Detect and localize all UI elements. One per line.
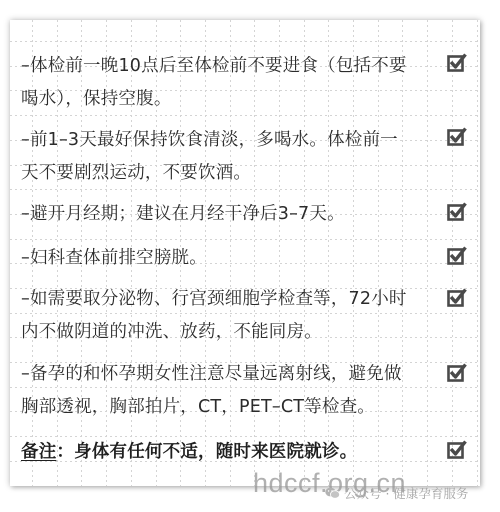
- wechat-icon: [325, 487, 340, 499]
- checked-checkbox-icon[interactable]: [447, 53, 467, 73]
- item-line: –如需要取分泌物、行宫颈细胞学检查等，72小时: [21, 283, 439, 316]
- item-line: –避开月经期；建议在月经干净后3–7天。: [21, 198, 439, 231]
- grid-line: [10, 239, 480, 240]
- checked-checkbox-icon[interactable]: [447, 127, 467, 147]
- item-line: 喝水），保持空腹。: [21, 83, 439, 116]
- checked-checkbox-icon[interactable]: [447, 246, 467, 266]
- checklist-card: –体检前一晚10点后至体检前不要进食（包括不要 喝水），保持空腹。 –前1–3天…: [10, 20, 480, 486]
- checklist-item-menstruation: –避开月经期；建议在月经干净后3–7天。: [21, 198, 439, 231]
- checked-checkbox-icon[interactable]: [447, 288, 467, 308]
- grid-line: [10, 41, 480, 42]
- item-line: –体检前一晚10点后至体检前不要进食（包括不要: [21, 50, 439, 83]
- item-line: –前1–3天最好保持饮食清淡，多喝水。体检前一: [21, 124, 439, 157]
- item-line: 内不做阴道的冲洗、放药，不能同房。: [21, 316, 439, 349]
- checklist-item-diet: –前1–3天最好保持饮食清淡，多喝水。体检前一 天不要剧烈运动，不要饮酒。: [21, 124, 439, 190]
- wechat-watermark: 公众号 · 健康孕育服务: [325, 484, 468, 502]
- checklist-item-fasting: –体检前一晚10点后至体检前不要进食（包括不要 喝水），保持空腹。: [21, 50, 439, 116]
- note-text: 身体有任何不适，随时来医院就诊。: [74, 442, 357, 462]
- checked-checkbox-icon[interactable]: [447, 202, 467, 222]
- wechat-account-text: 公众号 · 健康孕育服务: [344, 484, 468, 502]
- checked-checkbox-icon[interactable]: [447, 363, 467, 383]
- checked-checkbox-icon[interactable]: [447, 440, 467, 460]
- checklist-item-radiation: –备孕的和怀孕期女性注意尽量远离射线，避免做 胸部透视，胸部拍片，CT，PET–…: [21, 358, 439, 424]
- checklist-item-cervical-exam: –如需要取分泌物、行宫颈细胞学检查等，72小时 内不做阴道的冲洗、放药，不能同房…: [21, 283, 439, 349]
- note-line: 备注：身体有任何不适，随时来医院就诊。: [21, 436, 439, 469]
- grid-line: [477, 20, 478, 486]
- item-line: –妇科查体前排空膀胱。: [21, 242, 439, 275]
- checklist-item-bladder: –妇科查体前排空膀胱。: [21, 242, 439, 275]
- item-line: –备孕的和怀孕期女性注意尽量远离射线，避免做: [21, 358, 439, 391]
- note-separator: ：: [56, 442, 74, 462]
- item-line: 天不要剧烈运动，不要饮酒。: [21, 157, 439, 190]
- item-line: 胸部透视，胸部拍片，CT，PET–CT等检查。: [21, 391, 439, 424]
- note-label: 备注: [21, 442, 56, 462]
